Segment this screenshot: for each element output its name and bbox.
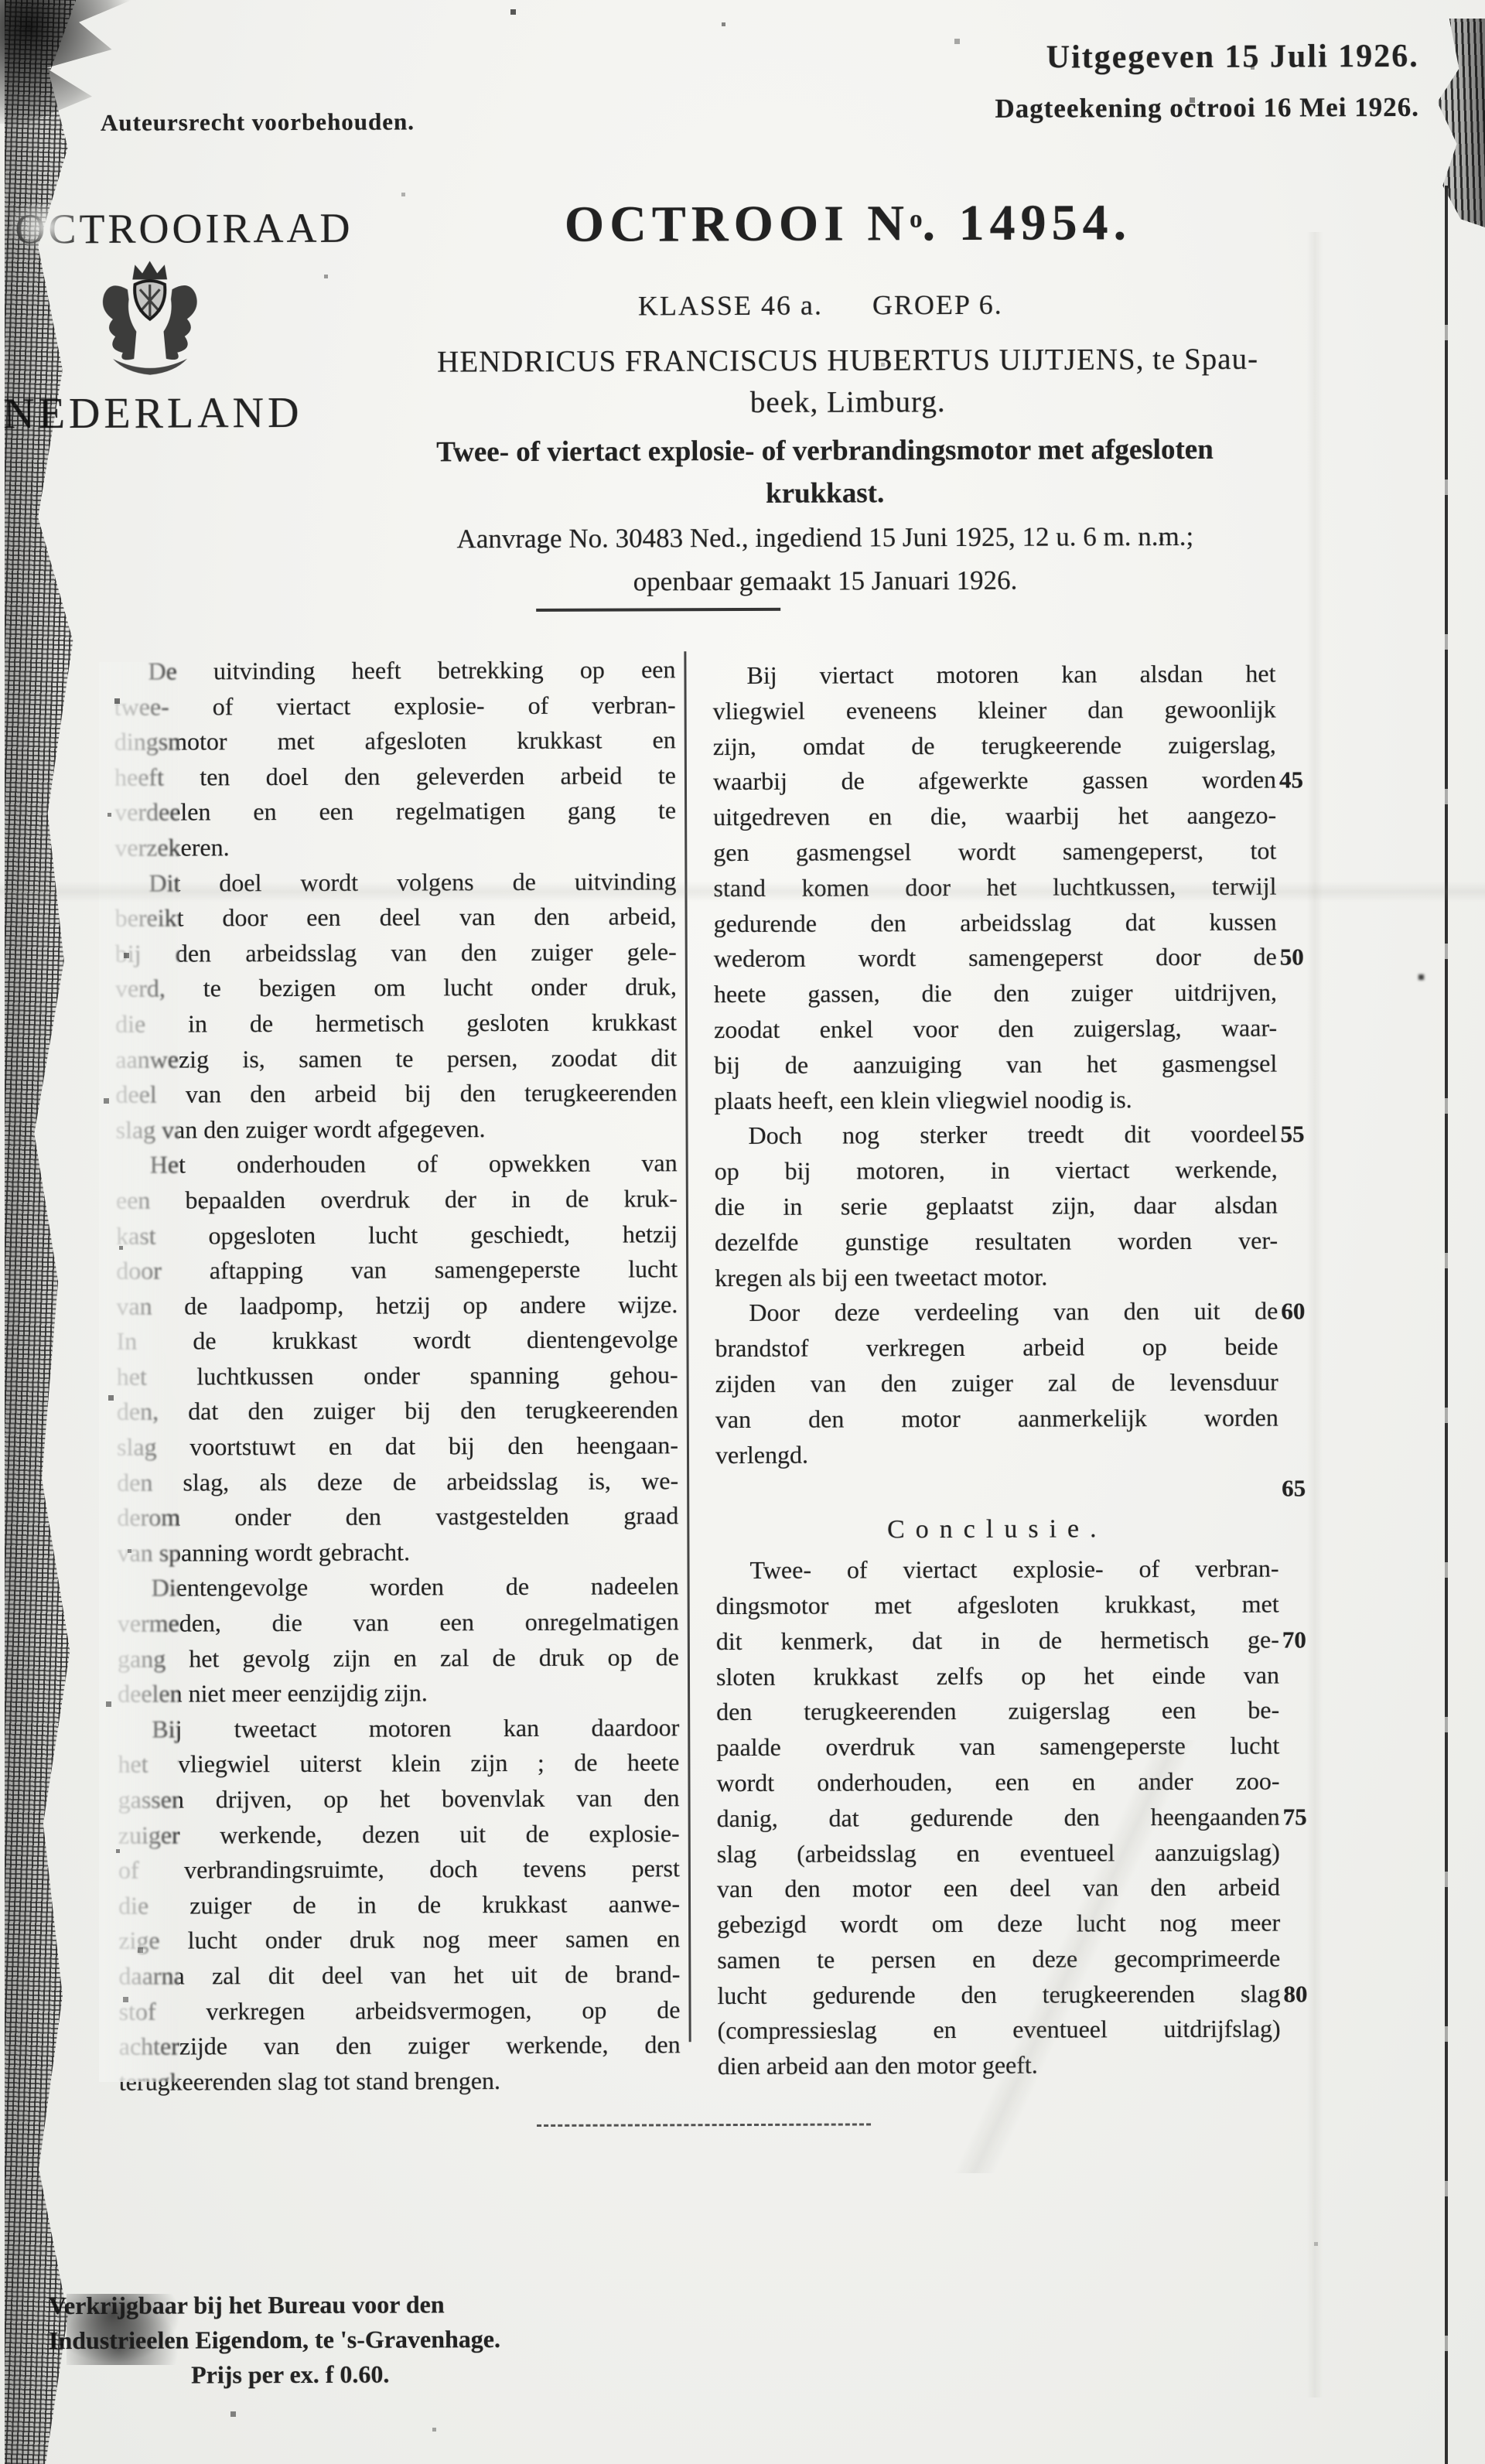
line-text: verdeelen en een regelmatigen gang te (114, 793, 676, 831)
body-text-line: sloten krukkast zelfs op het einde van (716, 1657, 1279, 1694)
conclusion-heading: Conclusie. (715, 1507, 1278, 1554)
title-superscript: o (910, 206, 923, 234)
class-group-line: KLASSE 46 a.GROEP 6. (461, 288, 1180, 323)
body-text-line: verd, te bezigen om lucht onder druk, (115, 970, 677, 1007)
line-text: zijn, omdat de terugkeerende zuigerslag, (713, 727, 1276, 764)
patent-document-page: Auteursrecht voorbehouden. Uitgegeven 15… (0, 0, 1485, 2464)
line-text: Bij viertact motoren kan alsdan het (712, 657, 1275, 694)
body-text-line: achterzijde van den zuiger werkende, den (119, 2027, 681, 2064)
body-text-line: wordt onderhouden, een en ander zoo- (716, 1763, 1279, 1800)
applicant-block: HENDRICUS FRANCISCUS HUBERTUS UIJTJENS, … (329, 338, 1366, 425)
line-text: Dit doel wordt volgens de uitvinding (114, 864, 676, 901)
line-text: van den motor een deel van den arbeid (717, 1870, 1280, 1907)
line-text: Door deze verdeeling van den uit de (715, 1294, 1278, 1331)
application-line-1: Aanvrage No. 30483 Ned., ingediend 15 Ju… (338, 514, 1313, 561)
body-text-line: zijn, omdat de terugkeerende zuigerslag, (713, 727, 1276, 764)
body-text-line: uitgedreven en die, waarbij het aangezo- (713, 798, 1276, 835)
line-text: Doch nog sterker treedt dit voordeel (714, 1117, 1277, 1154)
margin-line-number: 45 (1279, 763, 1335, 798)
body-text-line: Door deze verdeeling van den uit de60 (715, 1294, 1278, 1331)
line-text: aanwezig is, samen te persen, zoodat dit (115, 1040, 677, 1077)
line-text: van de laadpomp, hetzij op andere wijze. (116, 1287, 678, 1324)
body-text-line: In de krukkast wordt dientengevolge (116, 1322, 678, 1360)
body-text-line: zuiger werkende, dezen uit de explosie- (118, 1816, 680, 1853)
klasse-label: KLASSE 46 a. (638, 290, 823, 322)
scan-right-edge-line (1445, 186, 1448, 2464)
issued-date-line: Uitgegeven 15 Juli 1926. (917, 38, 1419, 77)
line-text: bij den arbeidsslag van den zuiger gele- (115, 934, 677, 971)
line-text: vermeden, die van een onregelmatigen (118, 1604, 679, 1641)
body-text-line: door aftapping van samengeperste lucht (116, 1251, 678, 1288)
line-text: stand komen door het luchtkussen, terwij… (713, 869, 1276, 906)
scan-faded-column-edge (99, 662, 179, 2082)
body-text-line: slag voortstuwt en dat bij den heengaan- (117, 1428, 678, 1465)
body-text-line: Het onderhouden of opwekken van (116, 1146, 678, 1183)
line-text: slag voortstuwt en dat bij den heengaan- (117, 1428, 678, 1465)
body-text-line: bij de aanzuiging van het gasmengsel (714, 1046, 1277, 1083)
line-text: twee- of viertact explosie- of verbran- (114, 688, 676, 725)
body-text-line: Twee- of viertact explosie- of verbran- (715, 1551, 1278, 1589)
margin-line-number: 80 (1283, 1976, 1339, 2012)
line-text: verzekeren. (114, 828, 676, 865)
body-right-column: Bij viertact motoren kan alsdan hetvlieg… (712, 657, 1280, 2085)
coat-of-arms (88, 257, 213, 394)
line-text: dit kenmerk, dat in de hermetisch ge- (716, 1622, 1279, 1659)
body-left-column: De uitvinding heeft betrekking op eentwe… (114, 652, 681, 2100)
applicant-line-2: beek, Limburg. (329, 380, 1366, 425)
margin-line-number: 70 (1282, 1622, 1338, 1657)
body-text-line: zoodat enkel voor den zuigerslag, waar- (714, 1011, 1277, 1048)
line-text: plaats heeft, een klein vliegwiel noodig… (714, 1081, 1277, 1118)
line-text: gedurende den arbeidsslag dat kussen (714, 904, 1277, 941)
body-text-line: kast opgesloten lucht geschiedt, hetzij (116, 1217, 678, 1254)
line-text: (compressieslag en eventueel uitdrijfsla… (718, 2012, 1281, 2049)
line-text: dingsmotor met afgesloten krukkast, met (716, 1587, 1279, 1624)
body-text-line: die in de hermetisch gesloten krukkast (115, 1005, 677, 1042)
body-text-line: slag (arbeidsslag en eventueel aanzuigsl… (717, 1834, 1280, 1872)
line-text: paalde overdruk van samengeperste lucht (716, 1729, 1279, 1766)
body-text-line: den, dat den zuiger bij den terugkeerend… (117, 1393, 678, 1430)
line-text: sloten krukkast zelfs op het einde van (716, 1657, 1279, 1694)
line-text: achterzijde van den zuiger werkende, den (119, 2027, 681, 2064)
body-text-line: het luchtkussen onder spanning gehou- (117, 1357, 678, 1394)
body-text-line: stof verkregen arbeidsvermogen, op de (118, 1992, 680, 2029)
body-text-line: dingsmotor met afgesloten krukkast, met (716, 1587, 1279, 1624)
line-text: van den motor aanmerkelijk worden (715, 1400, 1278, 1437)
body-text-line: Bij viertact motoren kan alsdan het (712, 657, 1275, 694)
line-text: een bepaalden overdruk der in de kruk- (116, 1181, 678, 1218)
body-text-line: van den motor aanmerkelijk worden (715, 1400, 1278, 1437)
line-text: waarbij de afgewerkte gassen worden (713, 763, 1276, 800)
body-text-line: deelen niet meer eenzijdig zijn. (118, 1675, 679, 1712)
scan-smudge-footer (67, 2294, 183, 2365)
line-text: gang het gevolg zijn en zal de druk op d… (118, 1640, 679, 1677)
copyright-notice: Auteursrecht voorbehouden. (101, 108, 415, 136)
margin-line-number: 65 (1282, 1471, 1337, 1507)
line-text: kast opgesloten lucht geschiedt, hetzij (116, 1217, 678, 1254)
line-text: dien arbeid aan den motor geeft. (718, 2047, 1281, 2084)
scan-smudge-council (11, 203, 85, 251)
line-text: den slag, als deze de arbeidsslag is, we… (117, 1463, 678, 1500)
line-text: zuiger werkende, dezen uit de explosie- (118, 1816, 680, 1853)
title-number: . 14954. (922, 194, 1132, 251)
body-text-line: slag van den zuiger wordt afgegeven. (115, 1111, 677, 1148)
body-text-line: deel van den arbeid bij den terugkeerend… (115, 1075, 677, 1112)
line-text: heete gassen, die den zuiger uitdrijven, (714, 975, 1277, 1012)
body-text-line: zige lucht onder druk nog meer samen en (118, 1922, 680, 1959)
body-text-line: vliegwiel eveneens kleiner dan gewoonlij… (713, 691, 1276, 729)
line-text: wederom wordt samengeperst door de (714, 940, 1277, 977)
margin-line-number: 55 (1280, 1117, 1336, 1152)
line-text: dezelfde gunstige resultaten worden ver- (715, 1223, 1278, 1260)
body-text-line: daarna zal dit deel van het uit de brand… (118, 1957, 680, 1994)
line-text: het vliegwiel uiterst klein zijn ; de he… (118, 1746, 679, 1783)
line-text: zijden van den zuiger zal de levensduur (715, 1365, 1278, 1402)
body-text-line: waarbij de afgewerkte gassen worden45 (713, 763, 1276, 800)
line-text: slag (arbeidsslag en eventueel aanzuigsl… (717, 1834, 1280, 1872)
body-text-line: Dit doel wordt volgens de uitvinding (114, 864, 676, 901)
body-text-line: stand komen door het luchtkussen, terwij… (713, 869, 1276, 906)
line-text: kregen als bij een tweetact motor. (715, 1258, 1278, 1295)
body-text-line: van de laadpomp, hetzij op andere wijze. (116, 1287, 678, 1324)
body-text-line: het vliegwiel uiterst klein zijn ; de he… (118, 1746, 679, 1783)
body-text-line: verdeelen en een regelmatigen gang te (114, 793, 676, 831)
body-text-line: brandstof verkregen arbeid op beide (715, 1329, 1278, 1367)
column-divider-rule (684, 651, 691, 2042)
line-text: die in serie geplaatst zijn, daar alsdan (715, 1188, 1278, 1225)
invention-title-line-1: Twee- of viertact explosie- of verbrandi… (337, 428, 1312, 473)
body-text-line: bij den arbeidsslag van den zuiger gele- (115, 934, 677, 971)
line-text: verlengd. (715, 1435, 1278, 1473)
line-text: In de krukkast wordt dientengevolge (116, 1322, 678, 1360)
body-text-line: van spanning wordt gebracht. (117, 1534, 678, 1571)
body-text-line: plaats heeft, een klein vliegwiel noodig… (714, 1081, 1277, 1118)
line-text: De uitvinding heeft betrekking op een (114, 652, 675, 689)
line-number-row: 65 (715, 1471, 1278, 1508)
line-text: bij de aanzuiging van het gasmengsel (714, 1046, 1277, 1083)
title-prefix: OCTROOI N (565, 195, 910, 253)
body-text-line: van den motor een deel van den arbeid (717, 1870, 1280, 1907)
line-text: den terugkeerenden zuigerslag een be- (716, 1693, 1279, 1730)
line-text: terugkeerenden slag tot stand brengen. (119, 2063, 681, 2100)
body-text-line: (compressieslag en eventueel uitdrijfsla… (718, 2012, 1281, 2049)
body-text-line: gang het gevolg zijn en zal de druk op d… (118, 1640, 679, 1677)
line-text: bereikt door een deel van den arbeid, (115, 899, 677, 936)
line-text: Bij tweetact motoren kan daardoor (118, 1710, 679, 1747)
body-text-line: gebezigd wordt om deze lucht nog meer (717, 1906, 1280, 1943)
margin-line-number: 75 (1283, 1799, 1339, 1834)
line-text: samen te persen en deze gecomprimeerde (717, 1940, 1280, 1978)
body-text-line: een bepaalden overdruk der in de kruk- (116, 1181, 678, 1218)
body-text-line: vermeden, die van een onregelmatigen (118, 1604, 679, 1641)
line-text: dingsmotor met afgesloten krukkast en (114, 722, 676, 759)
line-text: van spanning wordt gebracht. (117, 1534, 678, 1571)
body-text-line: samen te persen en deze gecomprimeerde (717, 1940, 1280, 1978)
body-text-line: dien arbeid aan den motor geeft. (718, 2047, 1281, 2084)
body-text-line: Doch nog sterker treedt dit voordeel55 (714, 1117, 1277, 1154)
line-text: Het onderhouden of opwekken van (116, 1146, 678, 1183)
body-text-line: kregen als bij een tweetact motor. (715, 1258, 1278, 1295)
invention-title-line-2: krukkast. (338, 470, 1313, 516)
line-text: gen gasmengsel wordt samengeperst, tot (713, 834, 1276, 871)
applicant-line-1: HENDRICUS FRANCISCUS HUBERTUS UIJTJENS, … (329, 338, 1366, 384)
body-text-line: wederom wordt samengeperst door de50 (714, 940, 1277, 977)
body-text-line: danig, dat gedurende den heengaanden75 (717, 1799, 1280, 1836)
line-text: gebezigd wordt om deze lucht nog meer (717, 1906, 1280, 1943)
line-text: Conclusie. (715, 1507, 1278, 1554)
body-text-line: gassen drijven, op het bovenvlak van den (118, 1780, 679, 1817)
body-text-line: gen gasmengsel wordt samengeperst, tot (713, 834, 1276, 871)
issue-dates-block: Uitgegeven 15 Juli 1926. Dagteekening oc… (917, 38, 1419, 125)
body-text-line: lucht gedurende den terugkeerenden slag8… (717, 1976, 1280, 2013)
body-text-line: verlengd. (715, 1435, 1278, 1473)
line-text: danig, dat gedurende den heengaanden (717, 1799, 1280, 1836)
line-text: zige lucht onder druk nog meer samen en (118, 1922, 680, 1959)
line-text: deelen niet meer eenzijdig zijn. (118, 1675, 679, 1712)
line-text: Twee- of viertact explosie- of verbran- (715, 1551, 1278, 1589)
patent-date-line: Dagteekening octrooi 16 Mei 1926. (917, 92, 1419, 125)
application-info-block: Aanvrage No. 30483 Ned., ingediend 15 Ju… (338, 514, 1313, 604)
line-text: den, dat den zuiger bij den terugkeerend… (117, 1393, 678, 1430)
line-text: door aftapping van samengeperste lucht (116, 1251, 678, 1288)
line-text: het luchtkussen onder spanning gehou- (117, 1357, 678, 1394)
body-text-line: bereikt door een deel van den arbeid, (115, 899, 677, 936)
margin-line-number: 60 (1281, 1294, 1336, 1329)
body-text-line: paalde overdruk van samengeperste lucht (716, 1729, 1279, 1766)
line-text: vliegwiel eveneens kleiner dan gewoonlij… (713, 691, 1276, 729)
body-text-line: zijden van den zuiger zal de levensduur (715, 1365, 1278, 1402)
line-text: op bij motoren, in viertact werkende, (715, 1152, 1278, 1189)
body-text-line: terugkeerenden slag tot stand brengen. (119, 2063, 681, 2100)
line-text: brandstof verkregen arbeid op beide (715, 1329, 1278, 1367)
line-text: heeft ten doel den geleverden arbeid te (114, 758, 676, 795)
body-text-line: den terugkeerenden zuigerslag een be- (716, 1693, 1279, 1730)
body-text-line: die in serie geplaatst zijn, daar alsdan (715, 1188, 1278, 1225)
line-text: verd, te bezigen om lucht onder druk, (115, 970, 677, 1007)
line-text: slag van den zuiger wordt afgegeven. (115, 1111, 677, 1148)
body-text-line: dingsmotor met afgesloten krukkast en (114, 722, 676, 759)
line-text: die in de hermetisch gesloten krukkast (115, 1005, 677, 1042)
line-text: derom onder den vastgestelden graad (117, 1499, 678, 1536)
line-text: wordt onderhouden, een en ander zoo- (716, 1763, 1279, 1800)
body-text-line: die zuiger de in de krukkast aanwe- (118, 1886, 680, 1923)
body-text-line: verzekeren. (114, 828, 676, 865)
body-text-line: Bij tweetact motoren kan daardoor (118, 1710, 679, 1747)
header-divider-rule (536, 608, 780, 612)
body-text-line: dit kenmerk, dat in de hermetisch ge-70 (716, 1622, 1279, 1659)
body-text-line: den slag, als deze de arbeidsslag is, we… (117, 1463, 678, 1500)
body-text-line: aanwezig is, samen te persen, zoodat dit (115, 1040, 677, 1077)
line-text: daarna zal dit deel van het uit de brand… (118, 1957, 680, 1994)
line-text: Dientengevolge worden de nadeelen (118, 1569, 679, 1606)
line-text: gassen drijven, op het bovenvlak van den (118, 1780, 679, 1817)
body-text-line: op bij motoren, in viertact werkende, (715, 1152, 1278, 1189)
groep-label: GROEP 6. (872, 289, 1003, 321)
line-text: of verbrandingsruimte, doch tevens perst (118, 1851, 680, 1888)
body-text-line: heeft ten doel den geleverden arbeid te (114, 758, 676, 795)
body-text-line: dezelfde gunstige resultaten worden ver- (715, 1223, 1278, 1260)
patent-number-title: OCTROOI No. 14954. (488, 193, 1207, 254)
invention-title-block: Twee- of viertact explosie- of verbrandi… (337, 428, 1312, 516)
body-text-line: twee- of viertact explosie- of verbran- (114, 688, 676, 725)
line-text: stof verkregen arbeidsvermogen, op de (118, 1992, 680, 2029)
line-text: uitgedreven en die, waarbij het aangezo- (713, 798, 1276, 835)
line-text: deel van den arbeid bij den terugkeerend… (115, 1075, 677, 1112)
printed-content: Auteursrecht voorbehouden. Uitgegeven 15… (0, 0, 1485, 2464)
body-text-line: derom onder den vastgestelden graad (117, 1499, 678, 1536)
body-text-line: De uitvinding heeft betrekking op een (114, 652, 675, 689)
line-text: lucht gedurende den terugkeerenden slag (717, 1976, 1280, 2013)
body-text-line: of verbrandingsruimte, doch tevens perst (118, 1851, 680, 1888)
closing-rule (537, 2123, 871, 2127)
line-text: zoodat enkel voor den zuigerslag, waar- (714, 1011, 1277, 1048)
body-text-line: heete gassen, die den zuiger uitdrijven, (714, 975, 1277, 1012)
body-text-line: gedurende den arbeidsslag dat kussen (714, 904, 1277, 941)
body-text-line: Dientengevolge worden de nadeelen (118, 1569, 679, 1606)
line-text: die zuiger de in de krukkast aanwe- (118, 1886, 680, 1923)
scan-ink-specks (0, 0, 2, 2)
application-line-2: openbaar gemaakt 15 Januari 1926. (338, 558, 1313, 604)
margin-line-number: 50 (1280, 940, 1336, 975)
